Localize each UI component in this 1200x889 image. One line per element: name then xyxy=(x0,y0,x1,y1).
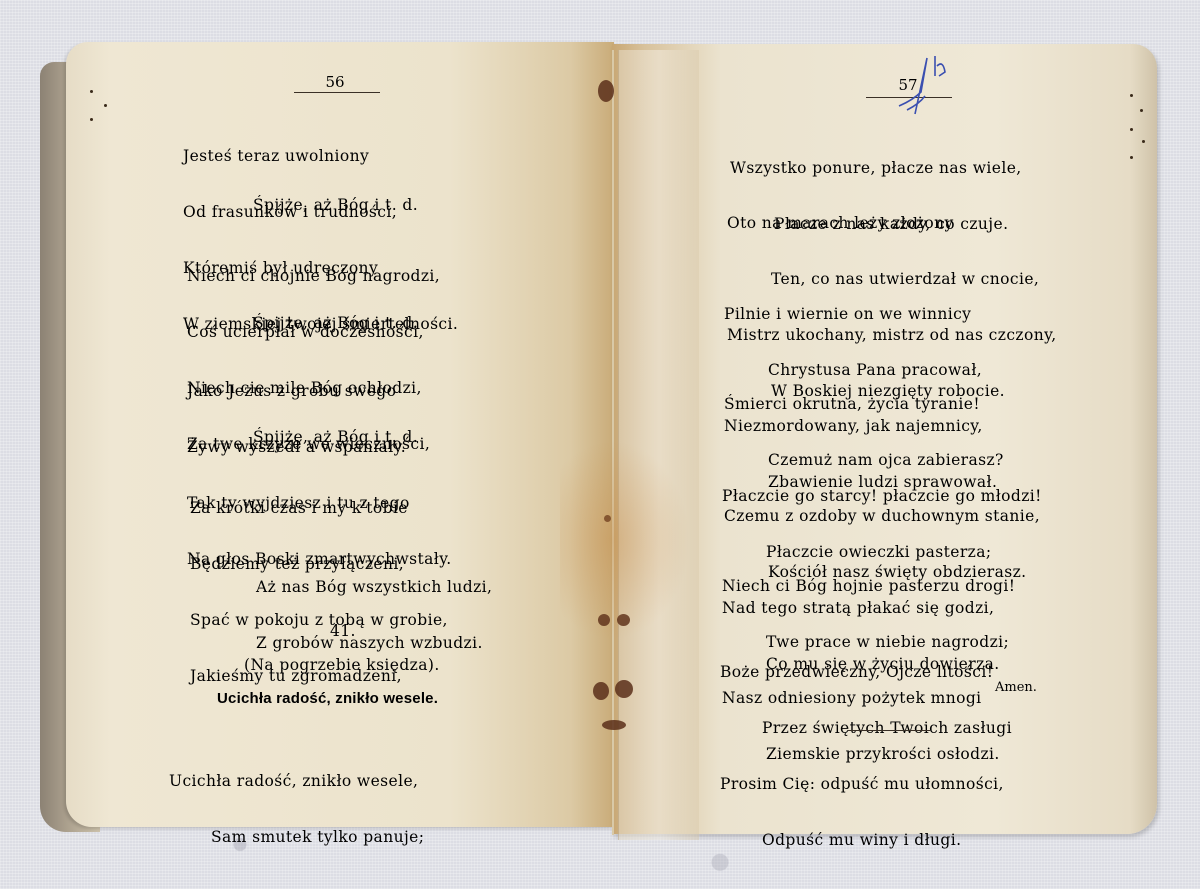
amen-label: Amen. xyxy=(995,680,1037,695)
refrain: Śpijże, aż Bóg i t. d. xyxy=(253,314,418,333)
page-mark xyxy=(90,90,93,93)
hymn-subtitle: (Na pogrzebie księdza). xyxy=(244,656,440,675)
verse-line: Jesteś teraz uwolniony xyxy=(183,147,458,166)
verse-line: Odpuść mu winy i długi. xyxy=(720,831,1012,850)
stain-spot xyxy=(593,682,609,700)
verse-line: Prosim Cię: odpuść mu ułomności, xyxy=(720,775,1012,794)
refrain: Śpijże, aż Bóg i t. d. xyxy=(253,196,418,215)
open-book: 56 Jesteś teraz uwolniony Od frasunków i… xyxy=(0,0,1200,889)
page-number-left: 56 xyxy=(295,73,375,91)
verse-line: Niech ci Bóg hojnie pasterzu drogi! xyxy=(722,577,1015,596)
verse-line: Z grobów naszych wzbudzi. xyxy=(256,634,492,653)
end-rule xyxy=(848,730,930,731)
page-mark xyxy=(1130,128,1133,131)
verse-line: Śmierci okrutna, życia tyranie! xyxy=(724,395,1040,414)
hymn-opening: Ucichła radość, znikło wesele, Sam smute… xyxy=(169,735,424,884)
verse-line: Boże przedwieczny, Ojcze litości! xyxy=(720,663,1012,682)
verse-line: Niech ci chojnie Bóg nagrodzi, xyxy=(187,267,440,286)
stain-spot xyxy=(615,680,633,698)
verse-line: Płaczcie go starcy! płaczcie go młodzi! xyxy=(722,487,1042,506)
stain-spot xyxy=(598,80,614,102)
page-mark xyxy=(104,104,107,107)
stain-spot xyxy=(602,720,626,730)
verse-line: Przez świętych Twoich zasługi xyxy=(720,719,1012,738)
verse-line: Za krótki czas i my k'tobie xyxy=(190,499,448,518)
verse-line: Pilnie i wiernie on we winnicy xyxy=(724,305,997,324)
page-mark xyxy=(90,118,93,121)
page-mark xyxy=(1142,140,1145,143)
verse-line: Oto na marach leży złożony xyxy=(727,214,1057,233)
hymn-number: 41. xyxy=(330,622,356,641)
water-stain xyxy=(560,440,690,640)
verse-line: Jako Jezus z grobu swego xyxy=(187,382,452,401)
right-stanza-7: Boże przedwieczny, Ojcze litości! Przez … xyxy=(720,626,1012,886)
pen-signature-icon xyxy=(895,52,965,122)
verse-line: Sam smutek tylko panuje; xyxy=(169,828,424,847)
page-mark xyxy=(1140,109,1143,112)
refrain: Śpijże, aż Bóg i t. d. xyxy=(253,428,418,447)
page-mark xyxy=(1130,94,1133,97)
hymn-title: Ucichła radość, znikło wesele. xyxy=(217,690,438,709)
verse-line: Wszystko ponure, płacze nas wiele, xyxy=(730,159,1022,178)
page-number-rule xyxy=(294,92,380,93)
verse-line: Ucichła radość, znikło wesele, xyxy=(169,772,424,791)
verse-line: Aż nas Bóg wszystkich ludzi, xyxy=(256,578,492,597)
page-mark xyxy=(1130,156,1133,159)
